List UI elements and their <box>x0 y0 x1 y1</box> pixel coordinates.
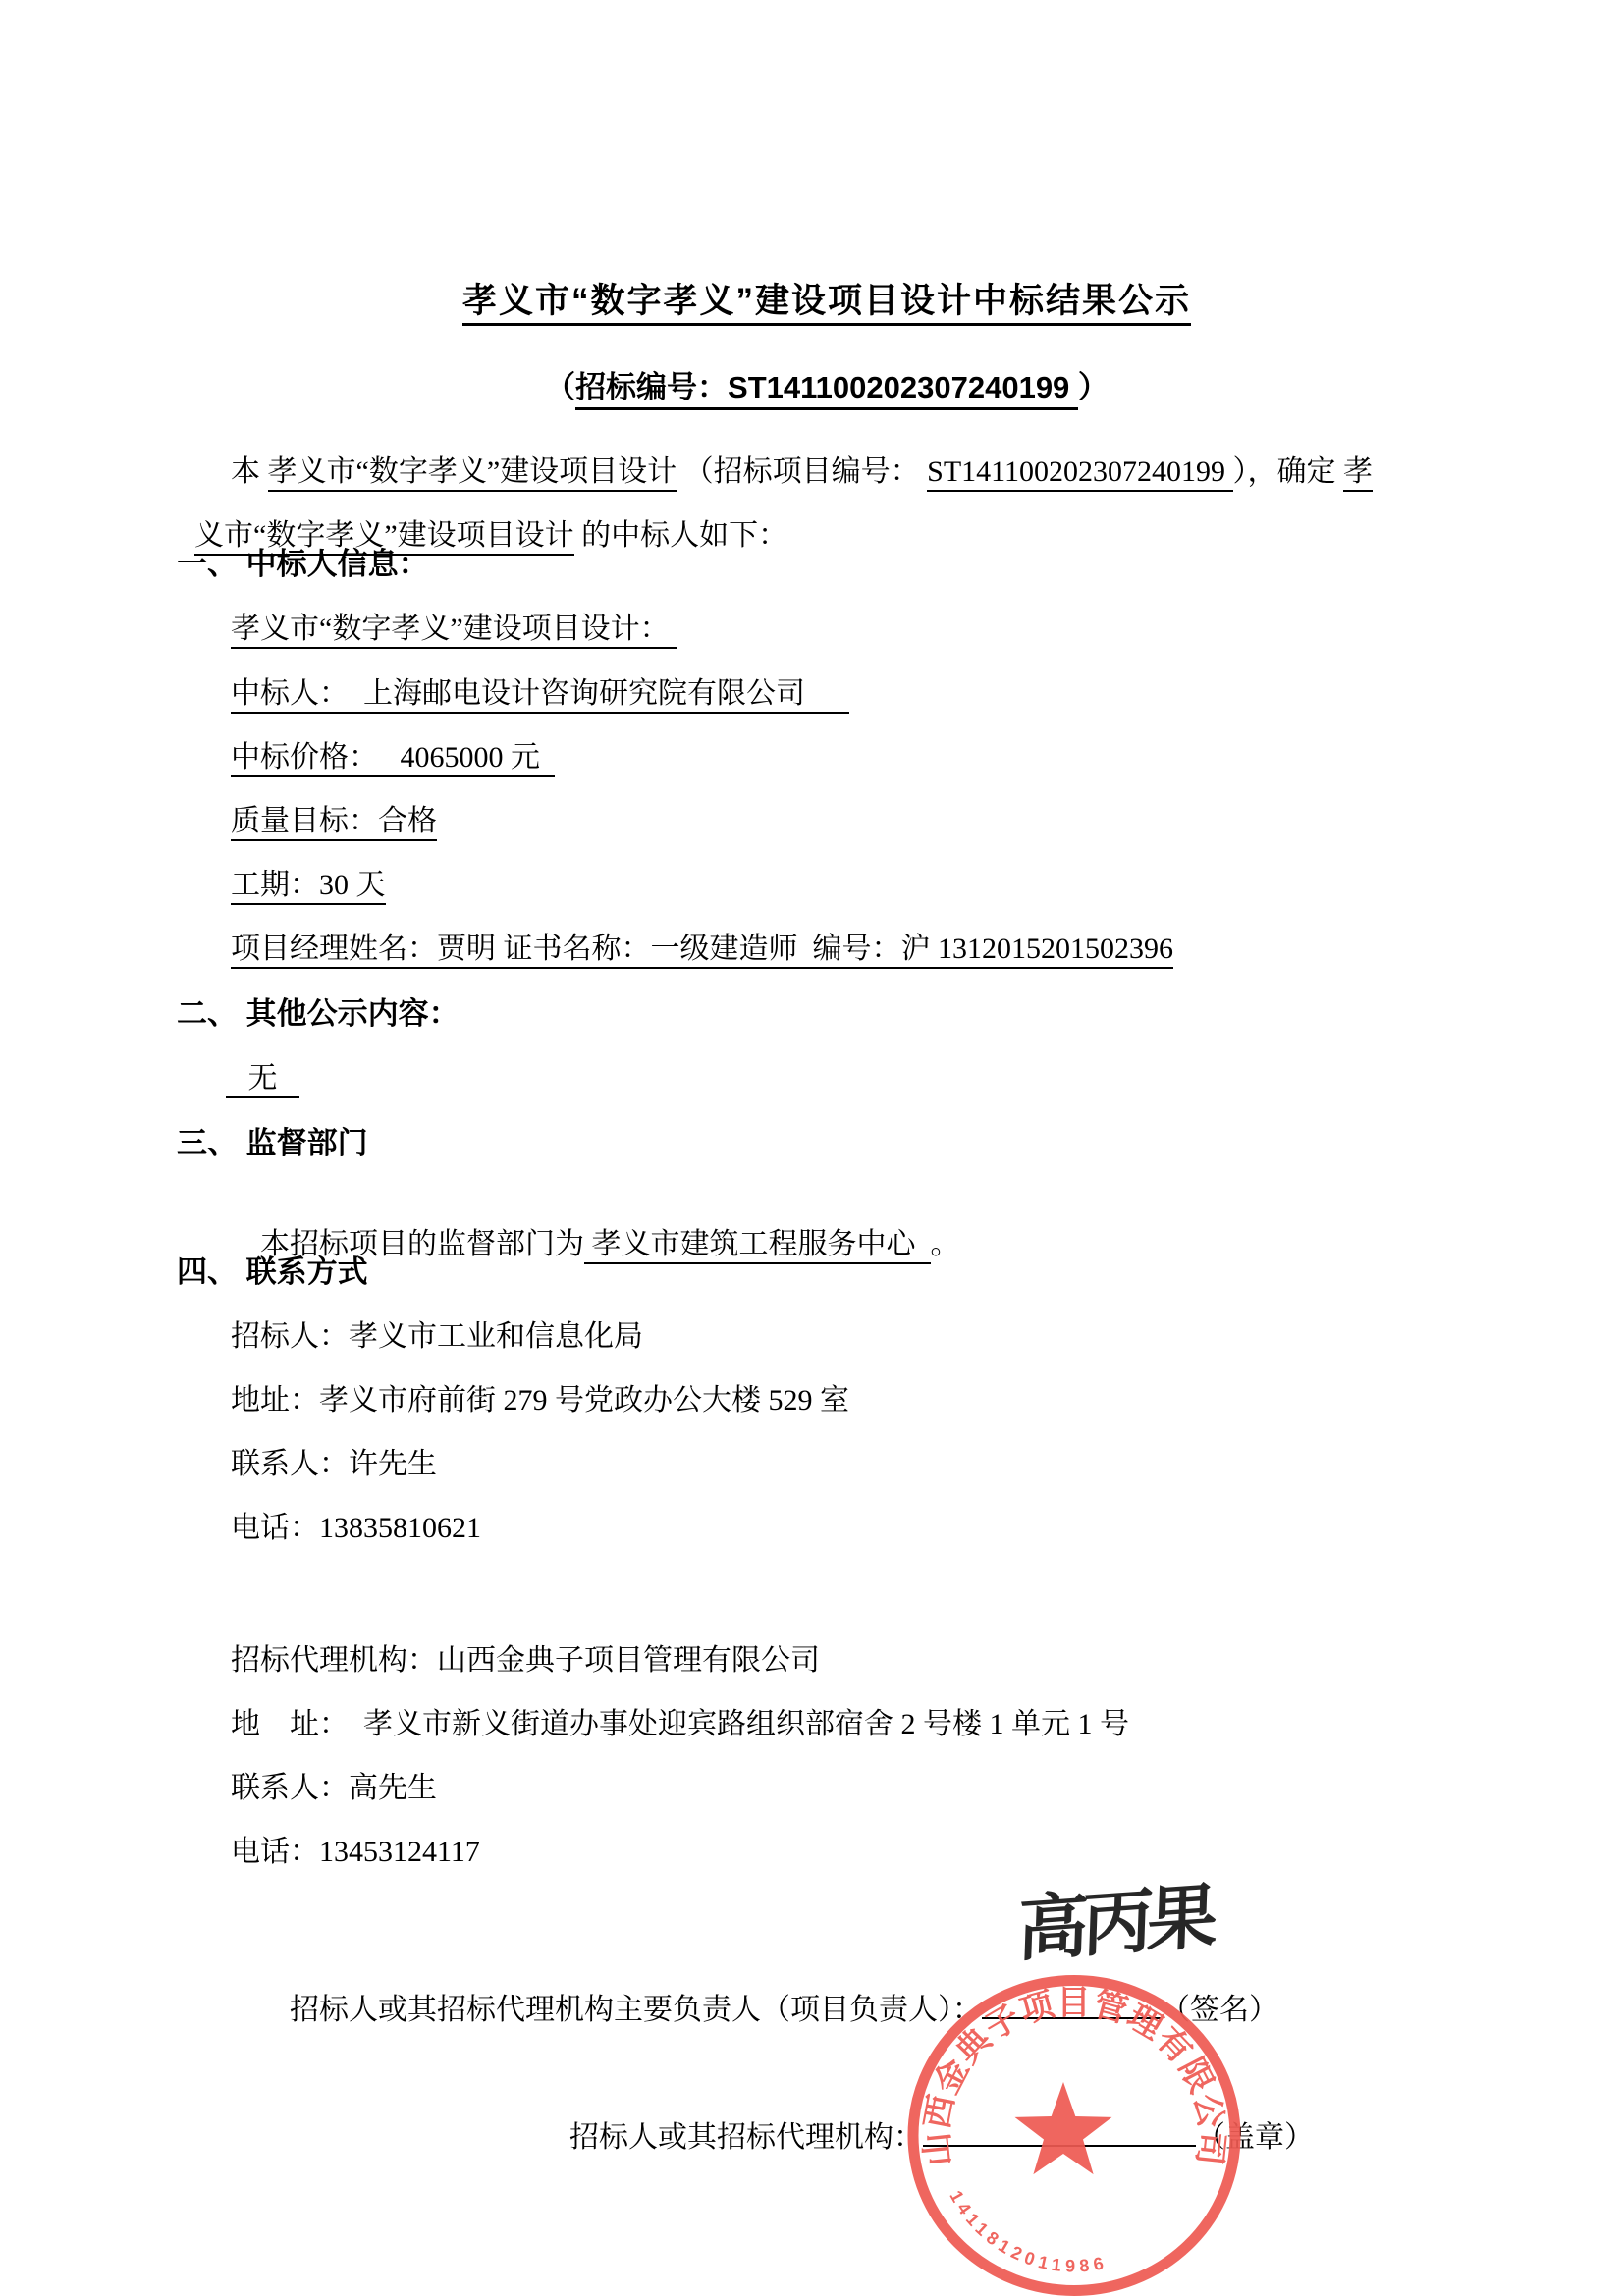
tender-number: 招标编号：ST141100202307240199 <box>575 370 1078 410</box>
item-manager: 项目经理姓名：贾明 证书名称：一级建造师 编号：沪 13120152015023… <box>231 931 1173 968</box>
item-price-text: 中标价格： 4065000 元 <box>231 741 555 777</box>
section-header-contact: 四、 联系方式 <box>177 1254 368 1291</box>
intro-text: ），确定 <box>1233 455 1344 488</box>
item-duration-text: 工期：30 天 <box>231 869 386 905</box>
item-quality-text: 质量目标：合格 <box>231 805 437 841</box>
document-page: 孝义市“数字孝义”建设项目设计中标结果公示 （招标编号：ST1411002023… <box>0 0 1624 2296</box>
tenderer-person: 联系人：许先生 <box>231 1446 437 1483</box>
handwritten-signature: 高丙果 <box>1016 1859 1214 1975</box>
tenderer-name: 招标人：孝义市工业和信息化局 <box>231 1318 643 1356</box>
wrap-char-underlined: 孝 <box>1343 455 1373 492</box>
item-project-text: 孝义市“数字孝义”建设项目设计： <box>231 613 677 649</box>
section-header-supervision: 三、 监督部门 <box>177 1125 368 1162</box>
agency-person: 联系人：高先生 <box>231 1770 437 1807</box>
item-price: 中标价格： 4065000 元 <box>231 739 555 776</box>
section-header-other: 二、 其他公示内容： <box>177 995 460 1033</box>
subtitle-open: （ <box>545 370 575 404</box>
stamp-star-icon <box>1015 2082 1112 2174</box>
item-manager-text: 项目经理姓名：贾明 证书名称：一级建造师 编号：沪 13120152015023… <box>231 933 1173 969</box>
project-number-underlined: ST141100202307240199 <box>927 455 1232 492</box>
org-seal-label: 招标人或其招标代理机构： <box>569 2121 923 2154</box>
section-header-winner-info: 一、 中标人信息： <box>177 546 429 583</box>
intro-text: 的中标人如下： <box>574 519 788 552</box>
item-project: 孝义市“数字孝义”建设项目设计： <box>231 611 677 648</box>
tenderer-phone: 电话：13835810621 <box>231 1510 481 1547</box>
agency-address: 地 址： 孝义市新义街道办事处迎宾路组织部宿舍 2 号楼 1 单元 1 号 <box>231 1706 1129 1743</box>
agency-name: 招标代理机构：山西金典子项目管理有限公司 <box>231 1642 820 1680</box>
item-winner-text: 中标人： 上海邮电设计咨询研究院有限公司 <box>231 677 849 714</box>
agency-phone: 电话：13453124117 <box>231 1834 480 1871</box>
tenderer-address: 地址：孝义市府前街 279 号党政办公大楼 529 室 <box>231 1382 849 1419</box>
item-winner: 中标人： 上海邮电设计咨询研究院有限公司 <box>231 675 849 713</box>
subtitle-close: ） <box>1078 370 1109 404</box>
leader-signature-label: 招标人或其招标代理机构主要负责人（项目负责人）： <box>290 1994 982 2026</box>
supervision-department: 孝义市建筑工程服务中心 <box>584 1228 931 1264</box>
svg-text:1411812011986: 1411812011986 <box>946 2187 1110 2275</box>
other-content-none: 无 <box>226 1060 299 1097</box>
page-title: 孝义市“数字孝义”建设项目设计中标结果公示 <box>462 282 1191 326</box>
item-quality: 质量目标：合格 <box>231 803 437 840</box>
supervision-suffix: 。 <box>931 1228 960 1260</box>
company-stamp: 山西金典子项目管理有限公司 1411812011986 <box>898 1966 1252 2296</box>
stamp-code-text: 1411812011986 <box>946 2187 1110 2275</box>
none-text: 无 <box>226 1062 299 1098</box>
item-duration: 工期：30 天 <box>231 867 386 904</box>
